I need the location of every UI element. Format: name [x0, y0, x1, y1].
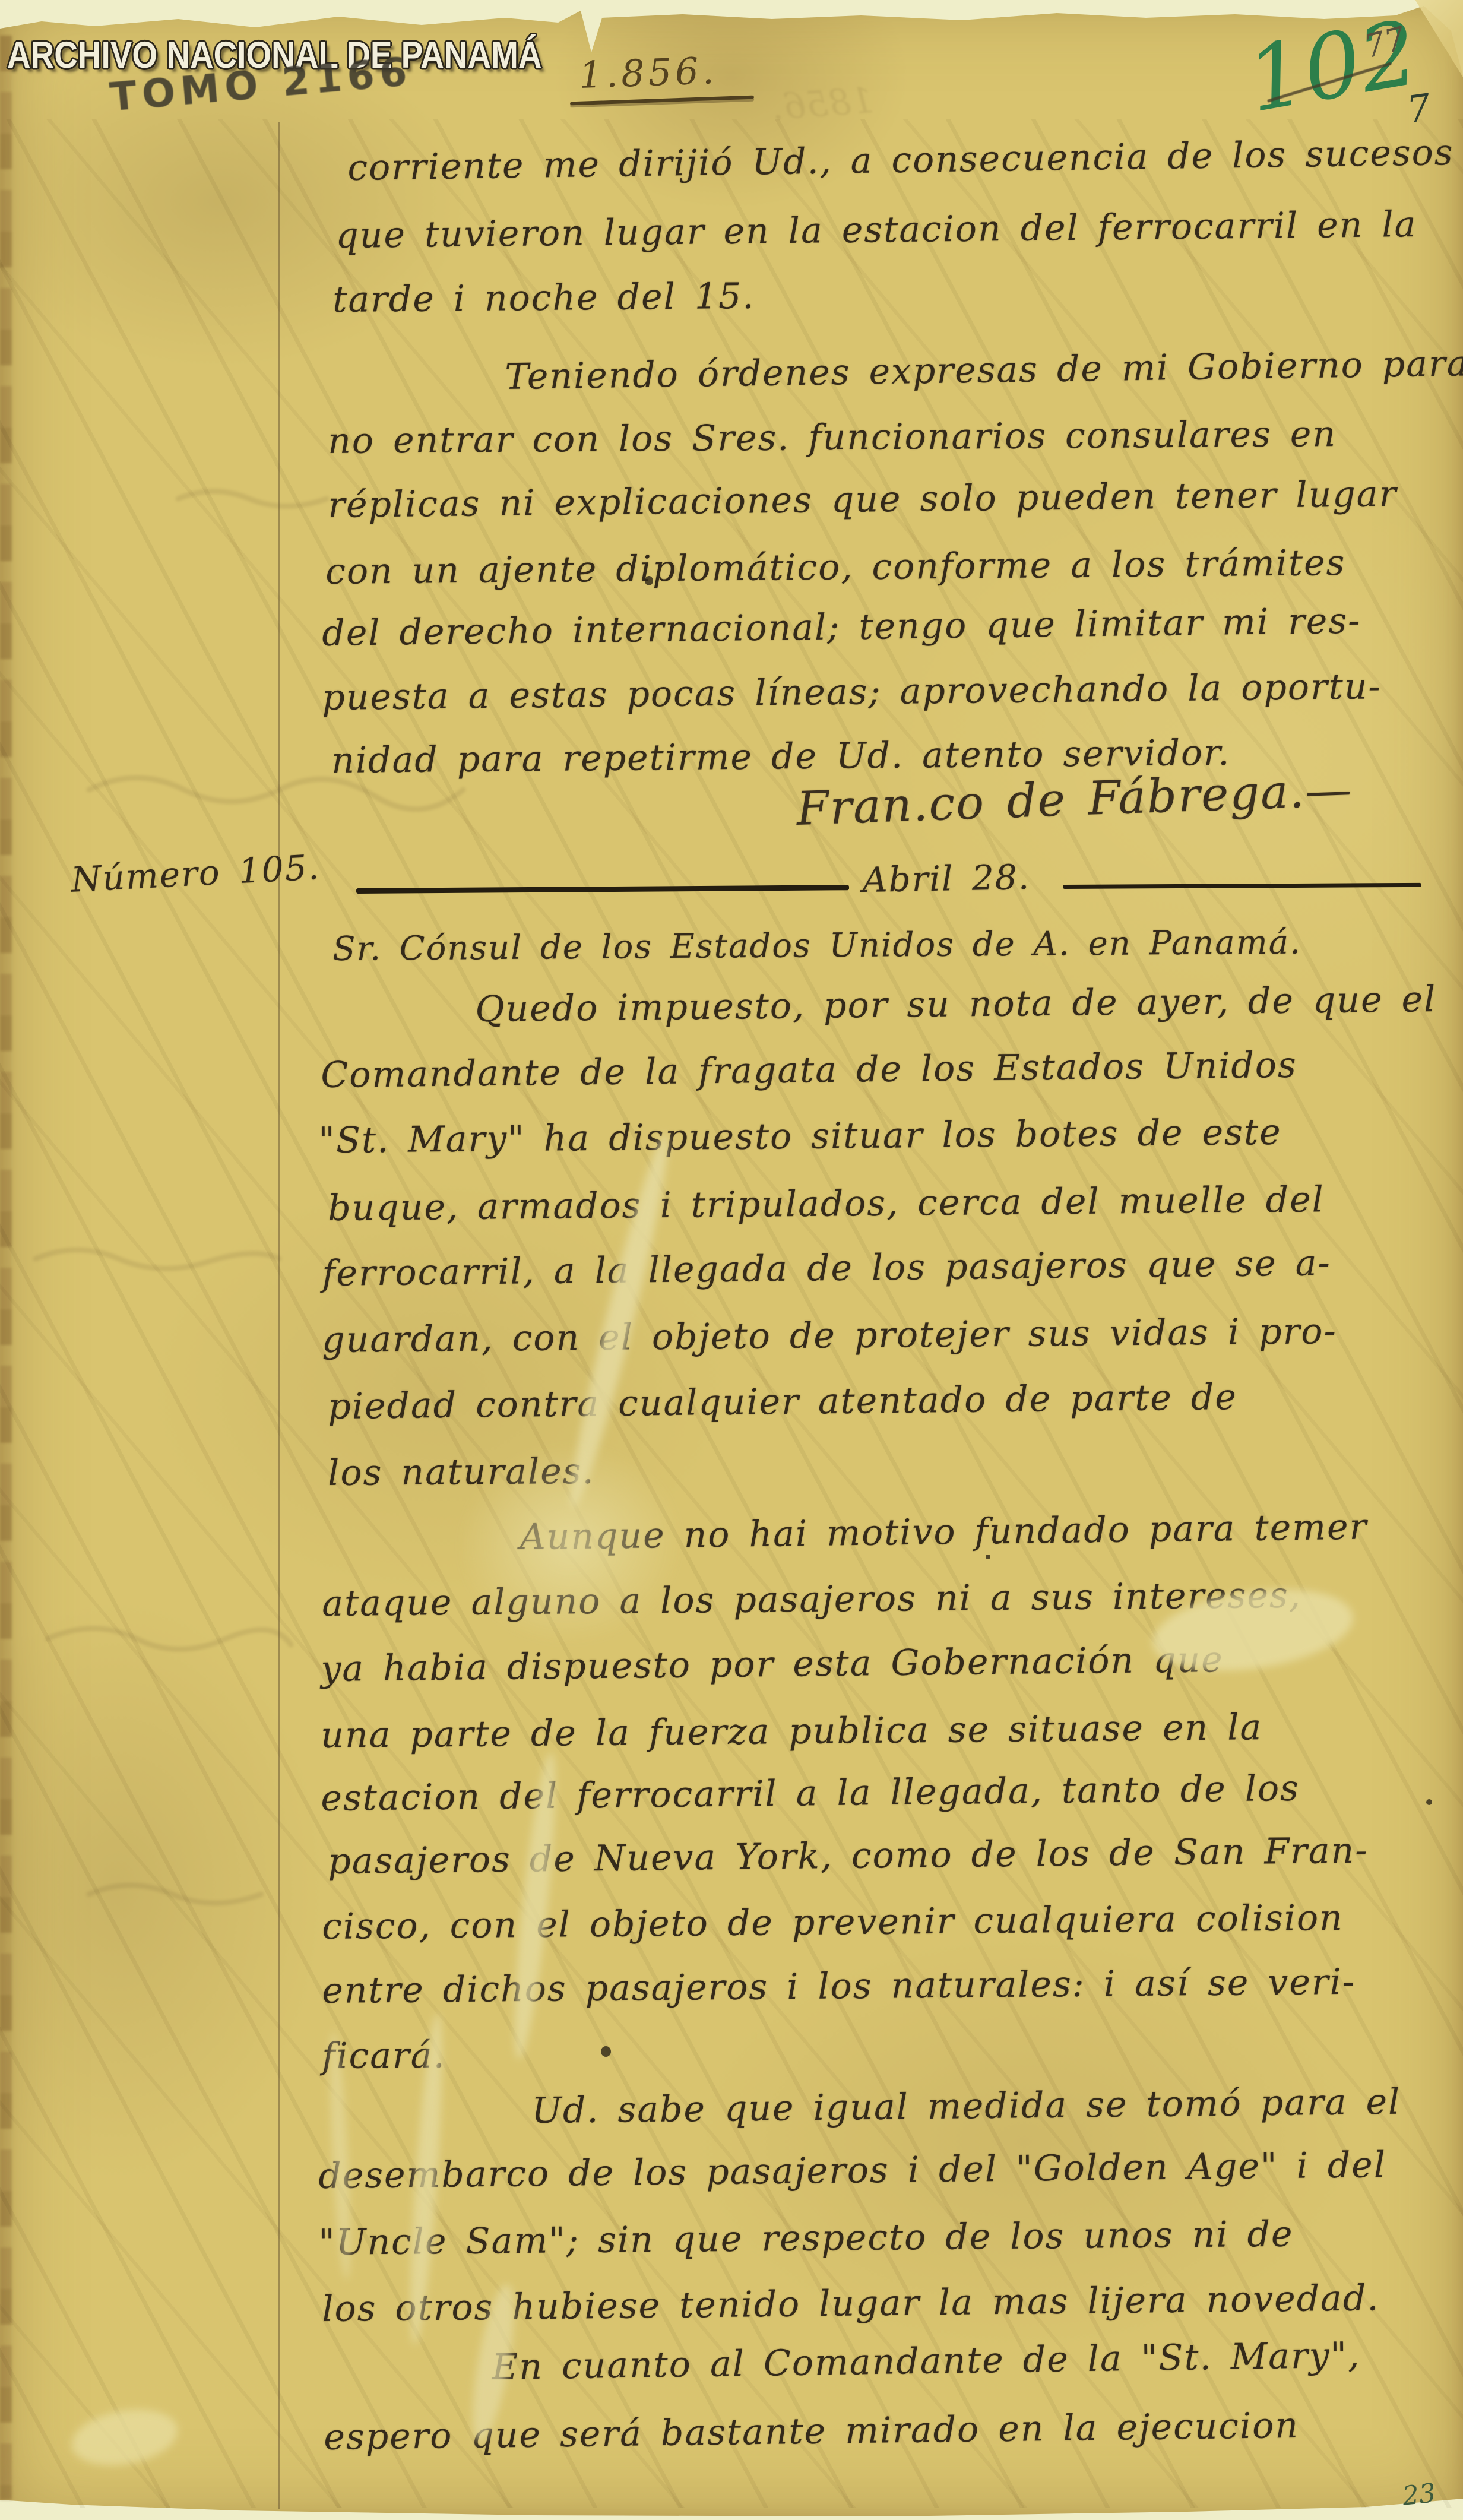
manuscript-line: cisco, con el objeto de prevenir cualqui…	[322, 1897, 1344, 1948]
manuscript-line: "St. Mary" ha dispuesto situar los botes…	[318, 1112, 1282, 1161]
manuscript-line: guardan, con el objeto de protejer sus v…	[322, 1310, 1337, 1361]
ink-speck	[645, 576, 653, 585]
manuscript-line: "Uncle Sam"; sin que respecto de los uno…	[318, 2214, 1294, 2263]
manuscript-line: buque, armados i tripulados, cerca del m…	[328, 1179, 1325, 1229]
ink-speck	[1426, 1799, 1432, 1805]
bottom-corner-number: 23	[1401, 2478, 1437, 2512]
ink-speck	[601, 2046, 611, 2057]
manuscript-line: no entrar con los Sres. funcionarios con…	[328, 413, 1337, 462]
scanned-manuscript-page: corriente me dirijió Ud., a consecuencia…	[0, 0, 1463, 2520]
margin-date: Abril 28.	[862, 857, 1031, 900]
salutation-line: Sr. Cónsul de los Estados Unidos de A. e…	[332, 923, 1301, 968]
year-bleed-through: 1856.	[771, 80, 875, 128]
manuscript-line: tarde i noche del 15.	[332, 276, 755, 321]
ink-speck	[986, 1555, 990, 1559]
manuscript-line: una parte de la fuerza publica se situas…	[321, 1707, 1262, 1756]
manuscript-line: con un ajente diplomático, conforme a lo…	[325, 542, 1346, 593]
year-heading: 1.856.	[578, 49, 718, 97]
